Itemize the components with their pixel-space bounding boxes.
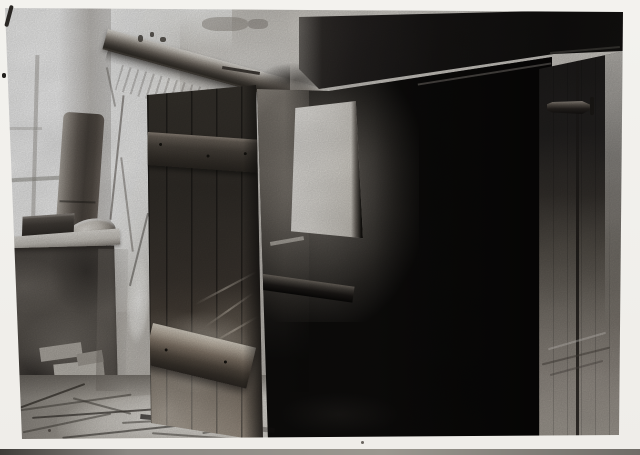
photograph [2, 7, 623, 439]
wooden-door [141, 77, 267, 439]
object-on-shelf [248, 19, 268, 29]
shelf-hook [160, 37, 166, 42]
inner-window [291, 101, 363, 241]
strap-hinge [547, 101, 592, 114]
photo-frame [0, 0, 640, 455]
panel-lit-edge [605, 45, 623, 325]
scan-edge [0, 449, 640, 455]
print-speck [361, 441, 364, 444]
print-speck [2, 73, 6, 78]
darkness-gradient [374, 57, 554, 439]
beam-light-fade [290, 12, 322, 90]
object-on-shelf [202, 17, 248, 31]
dark-doorway [254, 57, 554, 439]
hinge-pin [590, 97, 594, 115]
shelf-hook [138, 35, 143, 42]
shelf-hook [150, 32, 154, 37]
print-speck [48, 429, 51, 432]
